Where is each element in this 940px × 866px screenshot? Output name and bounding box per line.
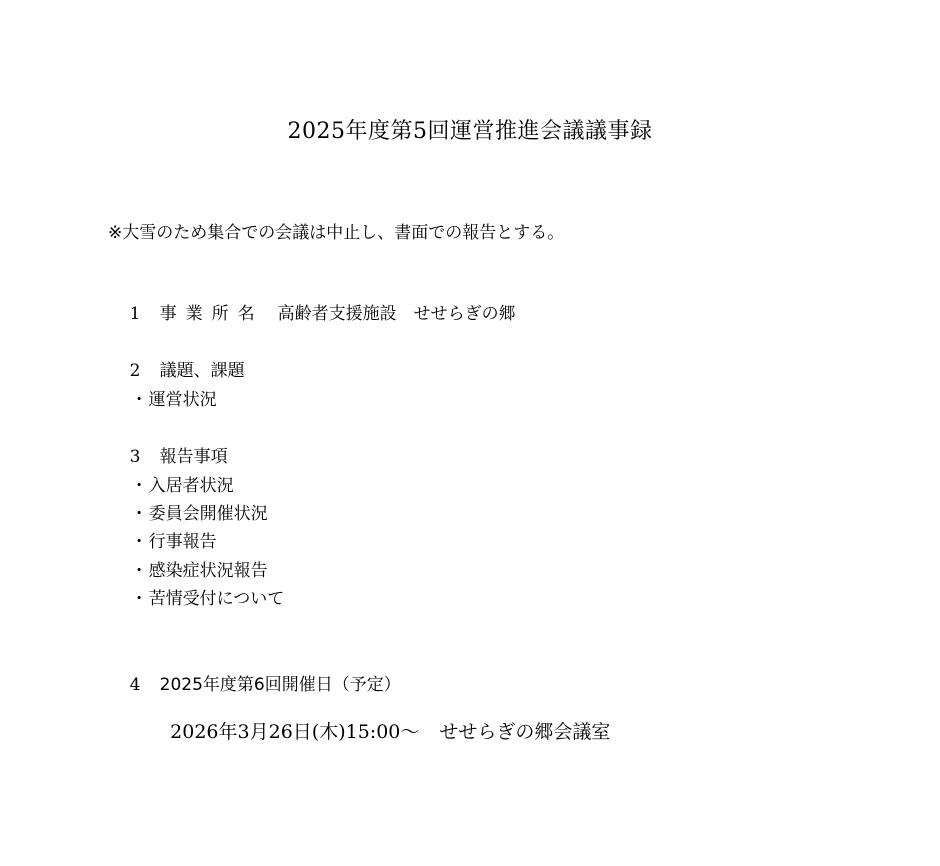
list-item: ・苦情受付について: [108, 563, 284, 635]
document-page: 2025年度第5回運営推進会議議事録 ※大雪のため集合での会議は中止し、書面での…: [0, 0, 940, 866]
meeting-date: 2026年3月26日(木)15:00〜: [170, 721, 419, 743]
notice-text: ※大雪のため集合での会議は中止し、書面での報告とする。: [108, 221, 564, 245]
bullet-icon: ・: [130, 388, 149, 412]
facility-name: 高齢者支援施設 せせらぎの郷: [278, 304, 516, 324]
next-meeting-schedule: 2026年3月26日(木)15:00〜せせらぎの郷会議室: [146, 690, 610, 774]
document-title: 2025年度第5回運営推進会議議事録: [0, 117, 940, 147]
section-heading: 事業所名: [160, 304, 264, 324]
meeting-location: せせらぎの郷会議室: [439, 721, 610, 743]
section-number: 1: [130, 302, 160, 326]
bullet-icon: ・: [130, 587, 149, 611]
